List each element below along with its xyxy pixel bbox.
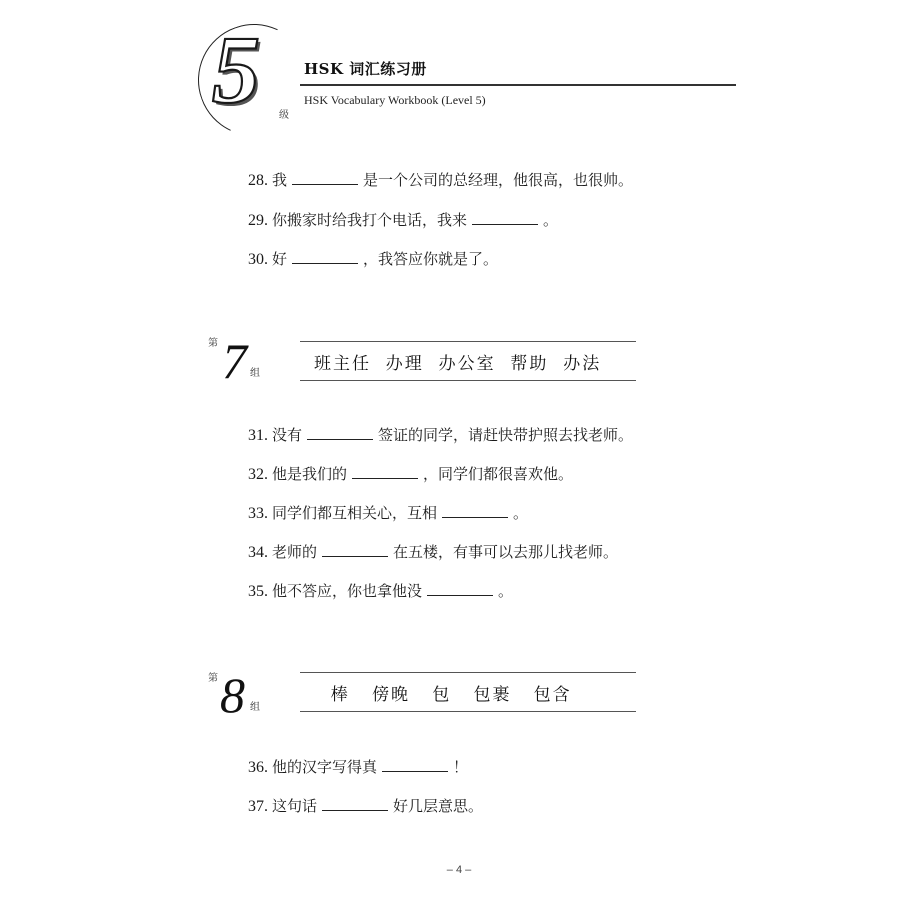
word-bank-words: 班主任 办理 办公室 帮助 办法	[314, 349, 601, 374]
group-prefix: 第	[208, 669, 218, 684]
header-divider	[300, 84, 736, 86]
answer-blank[interactable]	[322, 542, 388, 557]
answer-blank[interactable]	[382, 757, 448, 772]
level-logo-numeral: 5	[212, 22, 260, 118]
word-bank: 棒 傍晚 包 包裹 包含	[300, 672, 636, 712]
level-logo-suffix: 级	[279, 106, 289, 121]
book-title-english: HSK Vocabulary Workbook (Level 5)	[304, 93, 486, 108]
answer-blank[interactable]	[427, 581, 493, 596]
group-suffix: 组	[250, 698, 260, 713]
question-32: 32.他是我们的，同学们都很喜欢他。	[248, 464, 573, 485]
word-bank: 班主任 办理 办公室 帮助 办法	[300, 341, 636, 381]
question-37: 37.这句话好几层意思。	[248, 796, 483, 817]
answer-blank[interactable]	[292, 170, 358, 185]
answer-blank[interactable]	[442, 503, 508, 518]
answer-blank[interactable]	[322, 796, 388, 811]
question-33: 33.同学们都互相关心，互相。	[248, 503, 528, 524]
page-number: – 4 –	[0, 864, 900, 876]
question-36: 36.他的汉字写得真！	[248, 757, 468, 778]
answer-blank[interactable]	[352, 464, 418, 479]
answer-blank[interactable]	[307, 425, 373, 440]
group-prefix: 第	[208, 334, 218, 349]
answer-blank[interactable]	[292, 249, 358, 264]
question-31: 31.没有签证的同学，请赶快带护照去找老师。	[248, 425, 633, 446]
question-30: 30.好，我答应你就是了。	[248, 249, 498, 270]
group-number: 8	[220, 670, 245, 720]
question-28: 28.我是一个公司的总经理，他很高，也很帅。	[248, 170, 633, 191]
answer-blank[interactable]	[472, 210, 538, 225]
question-35: 35.他不答应，你也拿他没。	[248, 581, 513, 602]
group-suffix: 组	[250, 364, 260, 379]
question-34: 34.老师的在五楼，有事可以去那儿找老师。	[248, 542, 618, 563]
word-bank-words: 棒 傍晚 包 包裹 包含	[316, 680, 572, 705]
question-29: 29.你搬家时给我打个电话，我来。	[248, 210, 558, 231]
group-number: 7	[222, 336, 247, 386]
book-title-chinese: HSK 词汇练习册	[304, 58, 427, 79]
